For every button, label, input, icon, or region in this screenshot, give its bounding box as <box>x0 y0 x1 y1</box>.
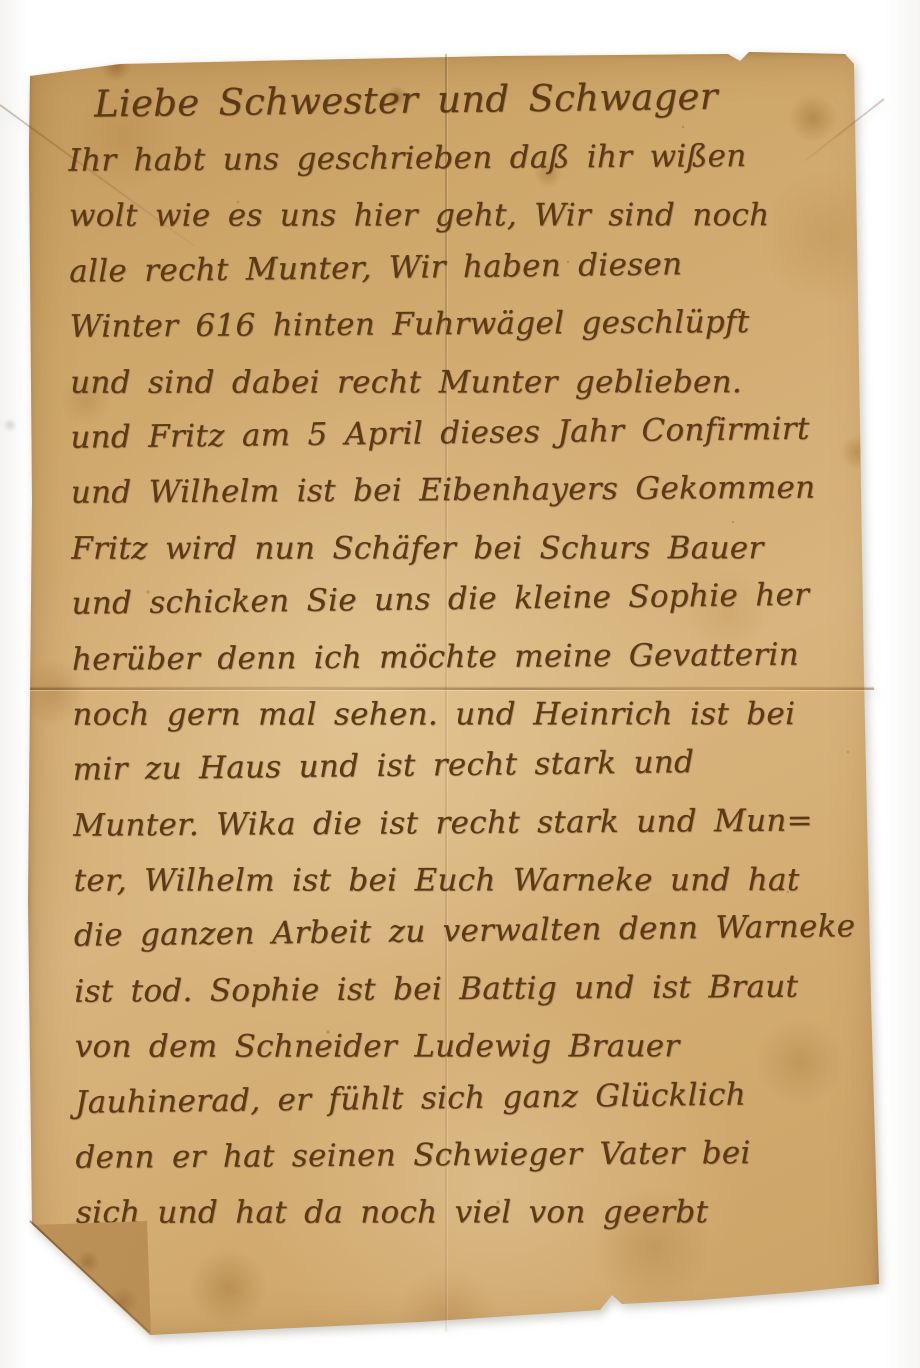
letter-paper: Liebe Schwester und Schwager Ihr habt un… <box>28 52 880 1340</box>
letter-line: ist tod. Sophie ist bei Battig und ist B… <box>74 968 870 1029</box>
letter-line: herüber denn ich möchte meine Gevatterin <box>72 636 868 697</box>
letter-line: und Wilhelm ist bei Eibenhayers Gekommen <box>71 470 867 531</box>
letter-line: alle recht Munter, Wir haben diesen <box>69 244 866 309</box>
letter-line-salutation: Liebe Schwester und Schwager <box>68 73 865 143</box>
letter-line: sich und hat da noch viel von geerbt <box>76 1194 872 1250</box>
letter-line: und schicken Sie uns die kleine Sophie h… <box>71 576 868 641</box>
letter-line: denn er hat seinen Schwieger Vater bei <box>75 1134 871 1195</box>
letter-line: mir zu Haus und ist recht stark und <box>72 742 869 807</box>
letter-line: Winter 616 hinten Fuhrwägel geschlüpft <box>70 303 866 364</box>
letter-line: Ihr habt uns geschrieben daß ihr wißen <box>68 137 864 198</box>
letter-line: Jauhinerad, er fühlt sich ganz Glücklich <box>75 1075 872 1140</box>
letter-line: Munter. Wika die ist recht stark und Mun… <box>73 802 869 863</box>
letter-line: und Fritz am 5 April dieses Jahr Confirm… <box>70 410 867 475</box>
letter-line: die ganzen Arbeit zu verwalten denn Warn… <box>74 909 871 974</box>
scan-background: Liebe Schwester und Schwager Ihr habt un… <box>0 0 920 1368</box>
letter-body: Liebe Schwester und Schwager Ihr habt un… <box>68 77 872 1250</box>
